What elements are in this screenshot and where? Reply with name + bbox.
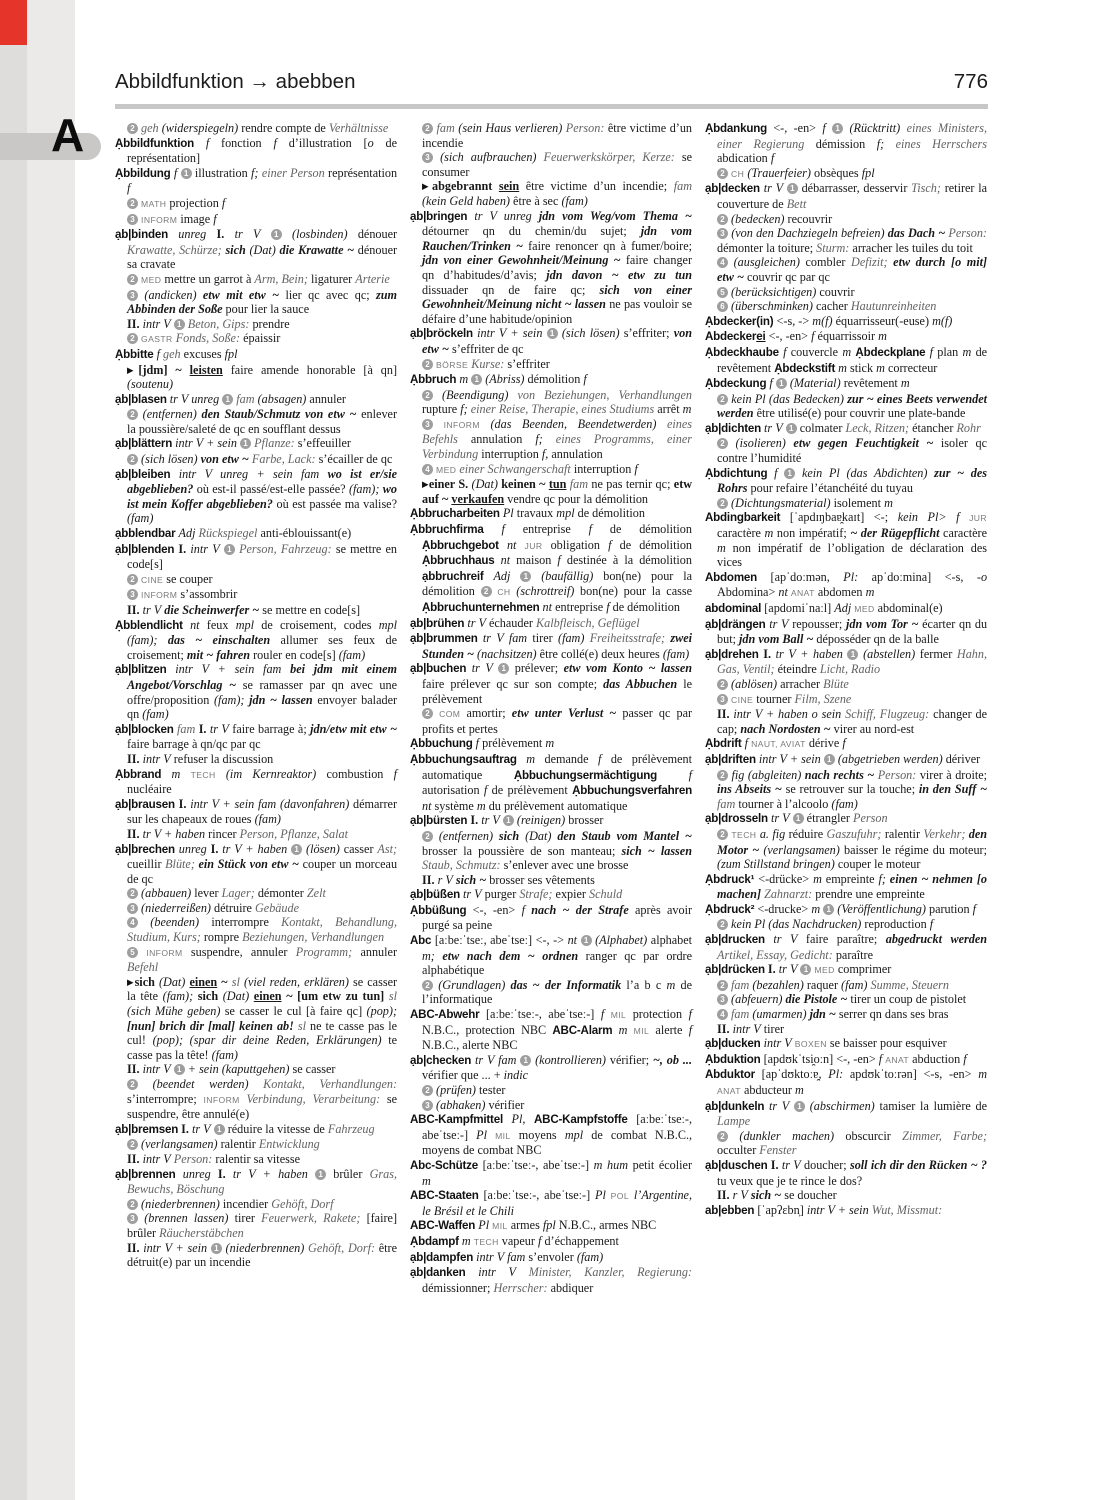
sense-number-badge: 2 [717, 1131, 728, 1142]
sense-number-badge: 1 [222, 394, 233, 405]
sense-number-badge: 1 [786, 423, 797, 434]
sense-number-badge: 2 [127, 123, 138, 134]
headword: Ạbbüßung [410, 904, 466, 917]
example-phrase: den Staub vom Mantel ~ [557, 829, 692, 843]
sense-number-badge: 1 [214, 1124, 225, 1135]
headword: Ạbbuchungsermächtigung [514, 769, 657, 782]
text-run: abdiquer [551, 1281, 594, 1295]
headword: ạb|decken [705, 182, 760, 195]
entry-paragraph: ạb|driften intr V + sein 1 (abgetrieben … [705, 752, 987, 768]
collocator: Krawatte, Schürze; [127, 243, 222, 257]
collocator: Ast; [377, 842, 397, 856]
bold-text: I. [199, 722, 207, 736]
italic-text: (Beendigung) [442, 388, 508, 402]
sense-number-badge: 3 [127, 589, 138, 600]
italic-text: (Veröffentlichung) [837, 902, 926, 916]
text-run: s’effriter de qc [452, 342, 524, 356]
headword: ABC-Abwehr [410, 1008, 480, 1021]
text-run: démolition [528, 372, 581, 386]
sense-number-badge: 1 [174, 319, 185, 330]
italic-text: f [634, 462, 637, 476]
entry-paragraph: ạb|brummen tr V fam tirer (fam) Freiheit… [410, 631, 692, 661]
italic-text: tr V [764, 421, 783, 435]
italic-text: f [273, 136, 276, 150]
sense-number-badge: 4 [422, 464, 433, 475]
entry-paragraph: 5 (berücksichtigen) couvrir [717, 285, 987, 300]
text-run: <-s, -> [777, 314, 810, 328]
text-run: raquer [807, 978, 838, 992]
example-phrase: das ~ der Informatik [511, 978, 622, 992]
entry-paragraph: Ạbblendlicht nt feux mpl de croisement, … [115, 618, 397, 663]
text-run: brosser ses vêtements [489, 873, 595, 887]
bold-text: sich [135, 975, 155, 989]
domain-label: INFORM [146, 948, 182, 958]
text-run: faire renoncer qn à fumer/boire; [528, 239, 692, 253]
entry-paragraph: Ạbdankung <-, -en> f 1 (Rücktritt) eines… [705, 121, 987, 166]
italic-text: f [783, 345, 786, 359]
entry-paragraph: ab|ebben [ˈapʔɛbn̩] intr V + sein Wut, M… [705, 1203, 987, 1219]
headword: ạb|dampfen [410, 1251, 473, 1264]
text-run: <-, -en> [773, 121, 816, 135]
domain-label: BOXEN [795, 1039, 827, 1049]
entry-paragraph: 3 (brennen lassen) tirer Feuerwerk, Rake… [127, 1211, 397, 1240]
text-run: Abdomina> [717, 585, 775, 599]
domain-label: INFORM [141, 215, 177, 225]
headword: Ạbbrucharbeiten [410, 507, 500, 520]
entry-paragraph: Ạbdruck¹ <-drücke> m empreinte f; einen … [705, 872, 987, 902]
text-run: rouler en code[s] [253, 648, 336, 662]
text-run: s’effeuiller [298, 436, 351, 450]
entry-paragraph: 2 (dunkler machen) obscurcir Zimmer, Far… [717, 1129, 987, 1158]
text-run: prélever; [515, 661, 558, 675]
italic-text: f; [251, 166, 258, 180]
entry-paragraph: 3 (abhaken) vérifier [422, 1098, 692, 1113]
text-run: couper le moteur [838, 857, 921, 871]
italic-text: f [811, 329, 814, 343]
italic-text: m [795, 1083, 804, 1097]
entry-paragraph: Ạbduktion [apdʊkˈtsi̯oːn] <-, -en> f ANA… [705, 1052, 987, 1068]
collocator: Person: [174, 1152, 213, 1166]
italic-text: m [545, 736, 554, 750]
collocator: sl [232, 975, 240, 989]
headword: ạb|dunkeln [705, 1100, 764, 1113]
text-run: virer à droite; [920, 768, 987, 782]
collocator: geh [163, 347, 181, 361]
italic-text: f [930, 917, 933, 931]
text-run: où est passée ma valise? [276, 497, 397, 511]
italic-text: (sich Mühe geben) [127, 1004, 220, 1018]
headword: ạb|bürsten [410, 814, 467, 827]
text-run: refuser la discussion [174, 752, 274, 766]
italic-text: intr V [478, 1265, 516, 1279]
italic-text: mpl [236, 618, 254, 632]
bold-text: II. [717, 707, 730, 721]
domain-label: MATH [141, 199, 166, 209]
italic-text: tr V + haben [776, 647, 843, 661]
text-run: épaissir [243, 331, 280, 345]
italic-text: Pl: [828, 1067, 843, 1081]
collocator: Räucherstäbchen [159, 1226, 244, 1240]
entry-paragraph: ▶[jdm] ~ leisten faire amende honorable … [127, 363, 397, 392]
italic-text: (ablösen) [731, 677, 777, 691]
entry-paragraph: ạb|blitzen intr V + sein fam bei jdm mit… [115, 662, 397, 721]
collocator: sl [389, 989, 397, 1003]
headword: Ạbbruchhaus [422, 554, 495, 567]
italic-text: f [222, 196, 225, 210]
sense-number-badge: 2 [717, 770, 728, 781]
text-run: paraître [836, 948, 873, 962]
domain-label: CINE [731, 695, 753, 705]
headword: Ạbbruchgebot [422, 539, 499, 552]
italic-text: m [884, 496, 893, 510]
italic-text: (Grundlagen) [438, 978, 505, 992]
italic-text: Pl [476, 1128, 487, 1142]
text-run: s’écailler de qc [319, 452, 393, 466]
entry-paragraph: ạb|ducken intr V BOXEN se baisser pour e… [705, 1036, 987, 1052]
domain-label: MIL [492, 1221, 508, 1231]
italic-text: tr V unreg [170, 392, 219, 406]
sense-number-badge: 2 [717, 679, 728, 690]
bold-text: I. [211, 842, 219, 856]
bold-text: I. [771, 1158, 779, 1172]
headword: Abduktor [705, 1068, 755, 1081]
sense-number-badge: 4 [127, 917, 138, 928]
entry-paragraph: Abdomen [apˈdoːmən, Pl: apˈdoːmina] <-s,… [705, 570, 987, 601]
italic-text: intr V + sein [807, 1203, 869, 1217]
text-run: incendier [223, 1197, 268, 1211]
example-phrase: etw nach dem ~ ordnen [442, 949, 578, 963]
italic-text: m [878, 329, 887, 343]
sense-number-badge: 2 [422, 123, 433, 134]
text-run: destinée à la démolition [567, 553, 692, 567]
text-run: dérive [809, 736, 839, 750]
sense-number-badge: 2 [717, 214, 728, 225]
collocator: fam [674, 179, 692, 193]
text-run: de démolition [613, 600, 680, 614]
entry-paragraph: 6 (überschminken) cacher Hautunreinheite… [717, 299, 987, 314]
text-run: déposséder qn de la balle [816, 632, 939, 646]
collocator: Defizit; [851, 255, 888, 269]
text-run: abdomen [818, 585, 863, 599]
collocator: Verkehr; [923, 827, 965, 841]
entry-paragraph: ạb|büßen tr V purger Strafe; expier Schu… [410, 887, 692, 903]
italic-text: o [368, 136, 374, 150]
italic-text: Adj [179, 526, 196, 540]
domain-label: CH [497, 587, 510, 597]
collocator: Farbe, Lack: [252, 452, 316, 466]
collocator: Gaszufuhr; [827, 827, 882, 841]
headword: Ạbbildung [115, 167, 171, 180]
text-run: tirer [235, 1211, 255, 1225]
italic-text: nt [543, 600, 552, 614]
text-run: virer au nord-est [834, 722, 915, 736]
text-run: être utilisé(e) pour couvrir une plate-b… [757, 406, 966, 420]
italic-text: f [689, 768, 692, 782]
italic-text: m [876, 361, 885, 375]
italic-text: + sein (kaputtgehen) [188, 1062, 290, 1076]
text-run: combustion [327, 767, 384, 781]
entry-paragraph: 4 (beenden) interrompre Kontakt, Behandl… [127, 915, 397, 944]
sense-number-badge: 1 [498, 663, 509, 674]
italic-text: (beendet werden) [153, 1077, 249, 1091]
text-run: occulter [717, 1143, 756, 1157]
italic-text: (umarmen) [752, 1007, 806, 1021]
example-phrase: soll ich dir den Rücken ~ ? [850, 1158, 987, 1172]
sense-number-badge: 2 [717, 168, 728, 179]
italic-text: kein Pl> [898, 510, 947, 524]
italic-text: f [842, 736, 845, 750]
entry-paragraph: Abduktor [apˈdʊktoːɐ̯, Pl: apdʊkˈtoːrən]… [705, 1067, 987, 1098]
headword: Ạbbildfunktion [115, 137, 194, 150]
italic-text: tr V [472, 661, 493, 675]
italic-text: (abfeuern) [731, 992, 782, 1006]
text-run: armes [511, 1218, 540, 1232]
collocator: Arm, Bein; [254, 272, 307, 286]
example-phrase: nach Nordosten ~ [740, 722, 830, 736]
headword: ạb|brausen [115, 798, 175, 811]
entry-paragraph: ạb|dichten tr V 1 colmater Leck, Ritzen;… [705, 421, 987, 437]
entry-paragraph: 2 (prüfen) tester [422, 1083, 692, 1098]
example-phrase: ein Stück von etw ~ [198, 857, 299, 871]
italic-text: (berücksichtigen) [731, 285, 816, 299]
headword: Abdingbarkeit [705, 511, 780, 524]
italic-text: (fam) [831, 797, 857, 811]
text-run: annuler [360, 945, 397, 959]
text-run: faire barrage à qn/qc par qc [127, 737, 261, 751]
collocator: geh [141, 121, 159, 135]
collocator: Arterie [355, 272, 390, 286]
italic-text: (isolieren) [736, 436, 786, 450]
entry-paragraph: 2 COM amortir; etw unter Verlust ~ passe… [422, 706, 692, 736]
sense-number-badge: 2 [127, 1079, 138, 1090]
text-run: bon(ne) pour la casse [580, 584, 692, 598]
sense-number-badge: 2 [717, 438, 728, 449]
entry-paragraph: II. intr V tirer [717, 1022, 987, 1037]
text-run: entreprise [523, 522, 571, 536]
sense-number-badge: 3 [422, 419, 433, 430]
headword: Ạbbuchungsverfahren [572, 784, 692, 797]
text-run: abducteur [744, 1083, 792, 1097]
dictionary-column-3: Ạbdankung <-, -en> f 1 (Rücktritt) eines… [705, 121, 987, 1466]
domain-label: MIL [634, 1026, 650, 1036]
sense-number-badge: 1 [823, 904, 834, 915]
italic-text: m [838, 361, 847, 375]
headword: ạb|brühen [410, 617, 464, 630]
italic-text: (fam) [841, 978, 867, 992]
headword: Ạbdeckung [705, 377, 766, 390]
text-run: <-drucke> [757, 902, 808, 916]
entry-paragraph: 2 fam (sein Haus verlieren) Person: être… [422, 121, 692, 150]
italic-text: tr V [143, 603, 162, 617]
text-run: détruire [214, 901, 252, 915]
text-run: rompre [204, 930, 239, 944]
italic-text: f; [460, 402, 467, 416]
headword: ạb|buchen [410, 662, 466, 675]
entry-paragraph: Ạbbruch m 1 (Abriss) démolition f [410, 372, 692, 388]
text-run: où est-il passé/est-elle passée? [197, 482, 346, 496]
entry-paragraph: Ạbbrand m TECH (im Kernreaktor) combusti… [115, 767, 397, 797]
italic-text: tr V + haben [143, 827, 206, 841]
sense-number-badge: 1 [224, 544, 235, 555]
text-run: éteindre [778, 662, 817, 676]
domain-label: TECH [191, 770, 216, 780]
bold-underlined-text: einen [254, 989, 282, 1003]
italic-text: m [172, 767, 181, 781]
text-run: lier qc avec qc; [286, 288, 370, 302]
example-phrase: nach rechts ~ [805, 768, 874, 782]
entry-paragraph: ABC-Staaten [aːbeːˈtseː-, abeˈtseː-] Pl … [410, 1188, 692, 1218]
sense-number-badge: 2 [127, 1199, 138, 1210]
sense-number-badge: 1 [503, 815, 514, 826]
text-run: empreinte [826, 872, 875, 886]
sense-number-badge: 1 [793, 813, 804, 824]
headword: Abdecker [705, 330, 756, 343]
bold-text: II. [127, 603, 140, 617]
entry-paragraph: Ạbbruchfirma f entreprise f de démolitio… [410, 522, 692, 616]
italic-text: m [813, 872, 822, 886]
text-run: moyens [519, 1128, 557, 1142]
italic-text: m hum [594, 1158, 628, 1172]
page-number: 776 [954, 70, 988, 95]
italic-text: nt [507, 538, 516, 552]
italic-text: (kein Geld haben) [422, 194, 510, 208]
entry-paragraph: 3 (andicken) etw mit etw ~ lier qc avec … [127, 288, 397, 317]
entry-paragraph: Ạbbrucharbeiten Pl travaux mpl de démoli… [410, 506, 692, 522]
text-run: de démolition [620, 538, 692, 552]
entry-paragraph: 2 TECH a. fig réduire Gaszufuhr; ralenti… [717, 827, 987, 872]
text-run: annuler [309, 392, 346, 406]
domain-label: NAUT, AVIAT [751, 739, 806, 749]
italic-text: (zum Stillstand bringen) [717, 857, 835, 871]
italic-text: m [683, 402, 692, 416]
headword: ạb|drehen [705, 648, 759, 661]
entry-paragraph: ạb|blättern intr V + sein 1 Pflanze: s’e… [115, 436, 397, 452]
bold-text: I. [179, 797, 187, 811]
example-phrase: etw vom Konto ~ lassen [564, 661, 692, 675]
headword: abdominal [705, 602, 761, 615]
text-run: rendre compte de [241, 121, 326, 135]
headword: ạbblendbar [115, 527, 176, 540]
collocator: Strafe; [519, 887, 552, 901]
italic-text: m [866, 585, 875, 599]
italic-text: tr V [769, 617, 788, 631]
text-run: s’enlever avec une brosse [504, 858, 629, 872]
entry-paragraph: Ạbbuchung f prélèvement m [410, 736, 692, 752]
entry-paragraph: Ạbbildung f 1 illustration f; einer Pers… [115, 166, 397, 196]
domain-label: JUR [525, 541, 543, 551]
italic-text: indic [504, 1068, 528, 1082]
text-run: image [180, 212, 210, 226]
collocator: Sturm: [816, 241, 849, 255]
italic-text: f [774, 466, 777, 480]
italic-text: unreg [179, 842, 207, 856]
italic-text: f [608, 538, 611, 552]
italic-text: r V [733, 1188, 748, 1202]
entry-paragraph: ạb|checken tr V fam 1 (kontrollieren) vé… [410, 1053, 692, 1083]
italic-text: (ausgleichen) [734, 255, 800, 269]
text-run: tester [479, 1083, 505, 1097]
italic-text: (widerspiegeln) [162, 121, 239, 135]
italic-text: f [879, 1052, 882, 1066]
sense-number-badge: 1 [832, 123, 843, 134]
italic-text: intr V + sein [759, 752, 821, 766]
collocator: Gehöft, Dorf: [308, 1241, 375, 1255]
text-run: démission [816, 137, 865, 151]
text-run: se retrouver sur la touche; [786, 782, 915, 796]
text-run: tirer un coup de pistolet [850, 992, 966, 1006]
text-run: correcteur [888, 361, 937, 375]
collocator: Befehl [127, 960, 158, 974]
text-run: <-drücke> [758, 872, 809, 886]
italic-text: tr V fam [483, 631, 527, 645]
italic-text: (nachsitzen) [477, 647, 537, 661]
text-run: interruption [574, 462, 632, 476]
sense-number-badge: 1 [471, 374, 482, 385]
text-run: arrêt [657, 402, 679, 416]
italic-text: (baufällig) [541, 569, 593, 583]
text-run: faire barrage à; [232, 722, 306, 736]
italic-text: tr V [192, 1122, 211, 1136]
text-run: arracher les tuiles du toit [852, 241, 972, 255]
collocator: Rückspiegel [199, 526, 258, 540]
sense-number-badge: 2 [422, 1085, 433, 1096]
domain-label: ANAT [791, 588, 815, 598]
italic-text: (entfernen) [439, 829, 493, 843]
example-phrase: das ~ einschalten [168, 633, 270, 647]
text-run: parution [929, 902, 970, 916]
example-phrase: den Staub/Schmutz von etw ~ [202, 407, 357, 421]
entry-paragraph: II. intr V 1 + sein (kaputtgehen) se cas… [127, 1062, 397, 1077]
sense-number-badge: 1 [776, 378, 787, 389]
entry-paragraph: II. intr V + haben o sein Schiff, Flugze… [717, 707, 987, 736]
italic-text: (bezahlen) [752, 978, 803, 992]
sense-number-badge: 3 [717, 994, 728, 1005]
italic-text: (fam) [212, 1048, 238, 1062]
entry-paragraph: ạb|drängen tr V repousser; jdn vom Tor ~… [705, 617, 987, 647]
italic-text: (pop); [367, 1004, 397, 1018]
sense-number-badge: 2 [127, 274, 138, 285]
entry-paragraph: 2 (entfernen) den Staub/Schmutz von etw … [127, 407, 397, 436]
italic-text: f [213, 212, 216, 226]
text-run: prendre [252, 317, 289, 331]
entry-paragraph: abdominal [apdomiˈnaːl] Adj MED abdomina… [705, 601, 987, 617]
italic-text: nt [778, 585, 787, 599]
italic-text: f [769, 376, 772, 390]
entry-paragraph: ạb|duschen I. tr V doucher; soll ich dir… [705, 1158, 987, 1188]
headword: ạb|drängen [705, 618, 766, 631]
bold-text: I. [217, 227, 225, 241]
text-run: démissionner; [422, 1281, 490, 1295]
entry-paragraph: 4 fam (umarmen) jdn ~ serrer qn dans ses… [717, 1007, 987, 1022]
collocator: von Beziehungen, Verhandlungen [517, 388, 692, 402]
italic-text: intr V [143, 752, 171, 766]
domain-label: COM [439, 709, 460, 719]
entry-paragraph: II. tr V + haben rincer Person, Pflanze,… [127, 827, 397, 842]
bold-text: II. [127, 1152, 140, 1166]
italic-text: kein Pl (das Bedecken) [731, 392, 844, 406]
example-phrase: etw gegen Feuchtigkeit ~ [793, 436, 933, 450]
italic-text: f [745, 736, 748, 750]
text-run: être collé(e) deux heures [540, 647, 660, 661]
entry-paragraph: ạb|buchen tr V 1 prélever; etw vom Konto… [410, 661, 692, 706]
collocator: Blüte [823, 677, 849, 691]
collocator: Kurse: [471, 357, 504, 371]
text-run: s’envoler [528, 1250, 573, 1264]
text-run: arracher [780, 677, 820, 691]
headword: Ạbdampf [410, 1235, 459, 1248]
entry-paragraph: ạb|bleiben intr V unreg + sein fam wo is… [115, 467, 397, 526]
text-run: [apˈdoːmən, [771, 570, 830, 584]
